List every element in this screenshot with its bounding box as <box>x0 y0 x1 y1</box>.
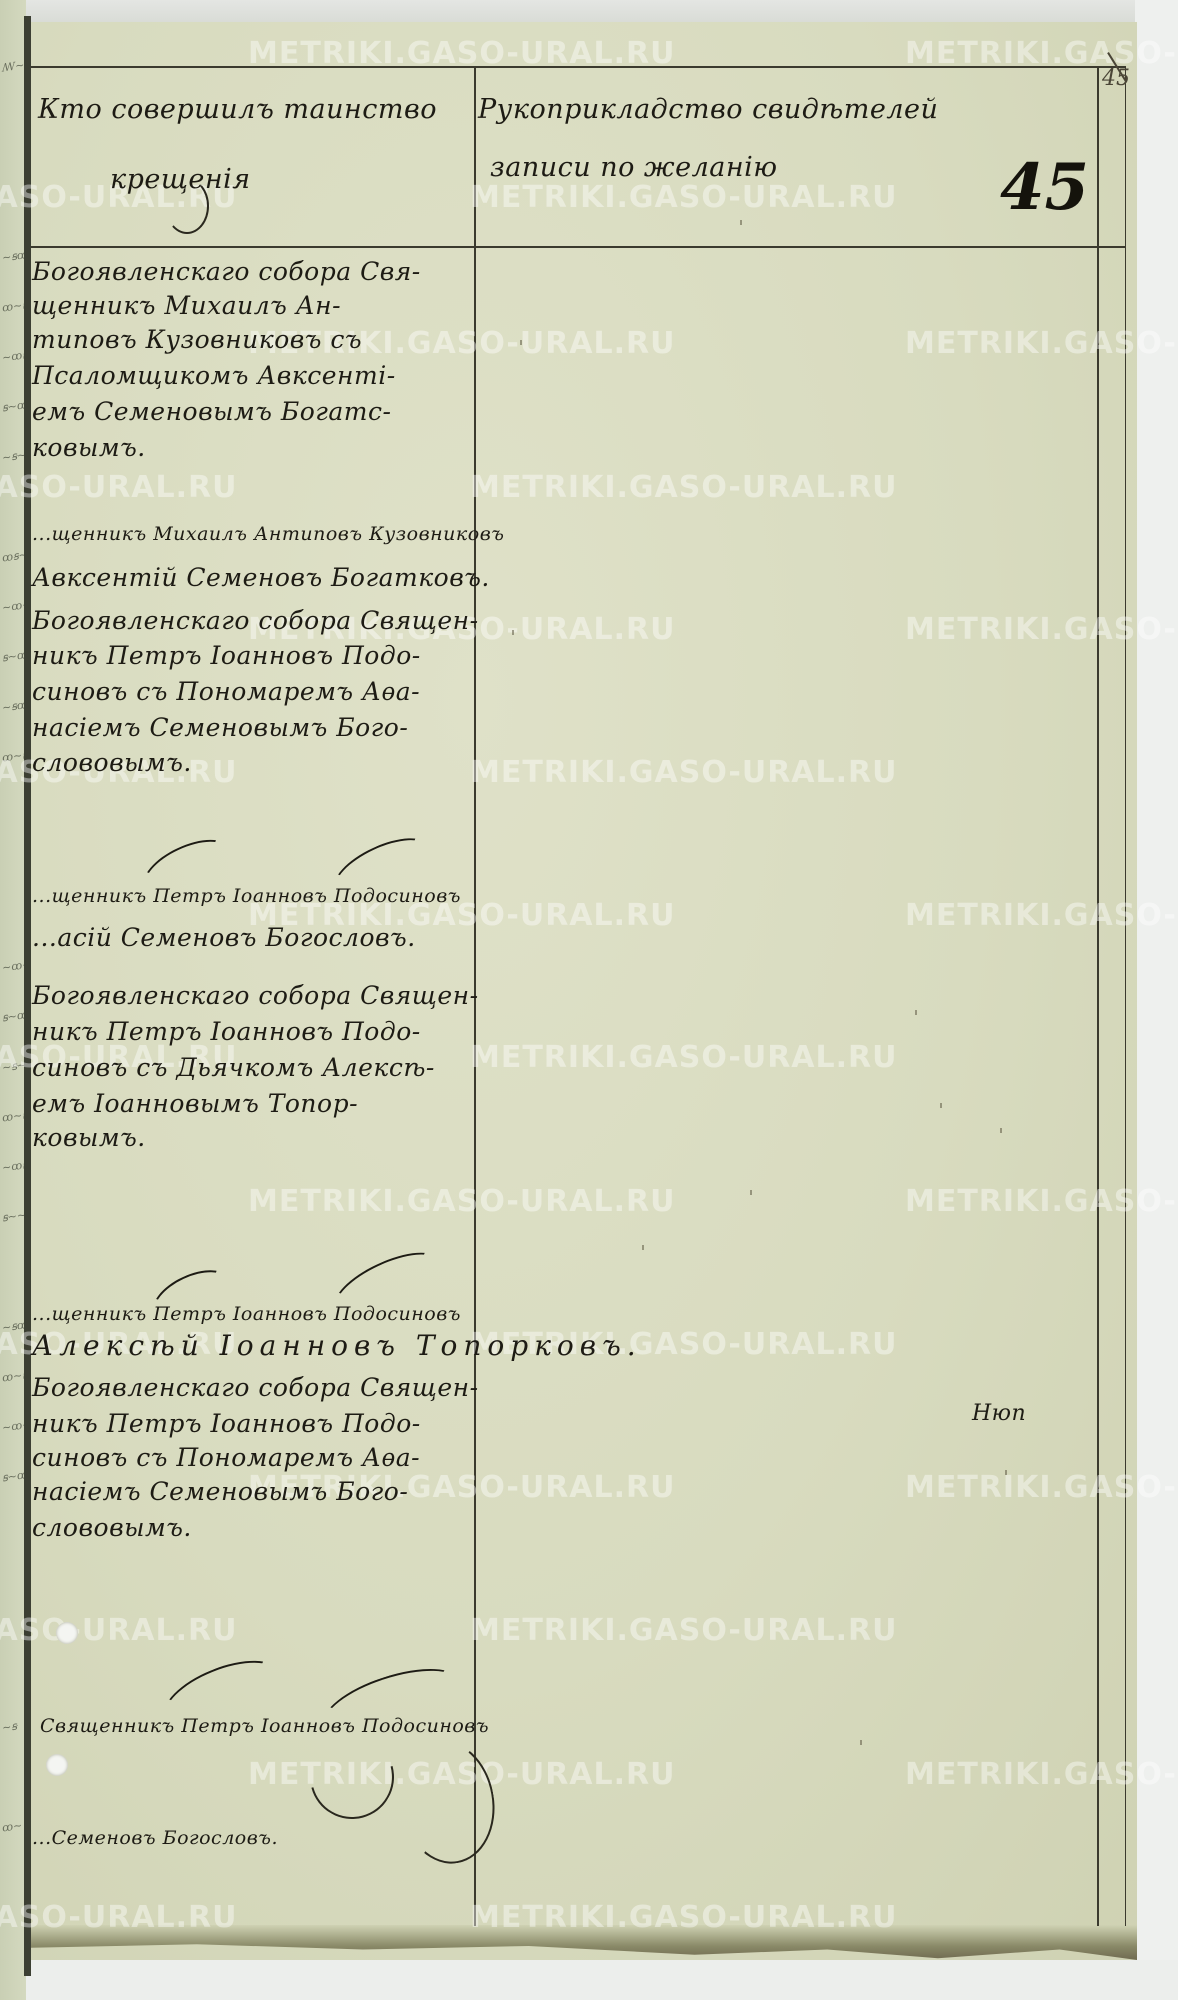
column-header-witness-signatures: Рукоприкладство свидѣтелей <box>478 92 938 128</box>
previous-page-handwriting: ~ꝏ~ <box>1 959 25 975</box>
entry-1-priest-signature: ...щенникъ Михаилъ Антиповъ Кузовниковъ <box>32 516 504 552</box>
table-top-rule <box>31 66 1125 68</box>
previous-page-handwriting: ~ꞩ <box>1 1719 25 1735</box>
paper-speck <box>740 220 742 225</box>
entry-4-line: никъ Петръ Іоанновъ Подо- <box>32 1406 421 1442</box>
paper-speck <box>512 630 514 635</box>
column-header-witness-signatures-line2: записи по желанію <box>490 150 778 186</box>
previous-page-handwriting: ꞩ~ꝏ <box>1 399 25 415</box>
previous-page-handwriting: ~ꝏ~ <box>1 599 25 615</box>
paper-speck <box>1000 1128 1002 1133</box>
previous-page-handwriting: ꝏ~ <box>1 1819 25 1835</box>
entry-2-line: никъ Петръ Іоанновъ Подо- <box>32 638 421 674</box>
previous-page-handwriting: ~ꝏꞩ <box>1 349 25 365</box>
previous-page-handwriting: ~ꞩ~ <box>1 1059 25 1075</box>
entry-2-line: слововымъ. <box>32 745 192 781</box>
column-divider-right <box>1097 66 1099 1926</box>
column-header-performed-by: Кто совершилъ таинство <box>38 92 437 128</box>
entry-2-priest-signature: ...щенникъ Петръ Іоанновъ Подосиновъ <box>32 878 461 914</box>
entry-1-line: щенникъ Михаилъ Ан- <box>32 288 341 324</box>
book-binding-gutter <box>24 16 31 1976</box>
entry-4-line: слововымъ. <box>32 1510 192 1546</box>
previous-page-handwriting: ꞩ~ꝏ <box>1 1469 25 1485</box>
page-margin-rule <box>1125 66 1126 1926</box>
entry-3-line: синовъ съ Дьячкомъ Алексѣ- <box>32 1050 435 1086</box>
entry-1-line: ковымъ. <box>32 430 146 466</box>
entry-3-line: Богоявленскаго собора Священ- <box>32 978 479 1014</box>
previous-page-handwriting: ꞩ~ꝏ <box>1 1009 25 1025</box>
previous-page-handwriting: ꞩ~ꝏ <box>1 649 25 665</box>
previous-page-handwriting: ꞩ~~ <box>1 1209 25 1225</box>
entry-2-line: Богоявленскаго собора Священ- <box>32 603 479 639</box>
paper-speck <box>520 340 522 345</box>
previous-page-handwriting: ~ꞩ~ <box>1 449 25 465</box>
entry-3-line: никъ Петръ Іоанновъ Подо- <box>32 1014 421 1050</box>
entry-1-line: типовъ Кузовниковъ съ <box>32 322 362 358</box>
entry-2-line: насіемъ Семеновымъ Бого- <box>32 710 408 746</box>
header-flourish <box>165 178 209 234</box>
entry-3-line: ковымъ. <box>32 1120 146 1156</box>
entry-4-priest-signature: Священникъ Петръ Іоанновъ Подосиновъ <box>40 1708 489 1744</box>
entry-3-priest-signature: ...щенникъ Петръ Іоанновъ Подосиновъ <box>32 1296 461 1332</box>
previous-page-handwriting: ꝏ~ꞩ <box>1 749 25 765</box>
entry-1-line: Псаломщикомъ Авксенті- <box>32 358 396 394</box>
entry-4-line: насіемъ Семеновымъ Бого- <box>32 1474 408 1510</box>
scan-background-bottom <box>0 1960 1178 2000</box>
entry-1-line: Богоявленскаго собора Свя- <box>32 254 421 290</box>
entry-2-psalmist-signature: ...асій Семеновъ Богословъ. <box>32 920 416 956</box>
entry-4-psalmist-signature: ...Семеновъ Богословъ. <box>32 1820 278 1856</box>
entry-4-line: синовъ съ Пономаремъ Аѳа- <box>32 1440 420 1476</box>
paper-speck <box>940 1103 942 1108</box>
previous-page-handwriting: ~ꞩꝏ <box>1 249 25 265</box>
previous-page-handwriting: ~ꞩꝏ <box>1 699 25 715</box>
witness-note: Нюп <box>972 1396 1026 1432</box>
paper-speck <box>1005 1470 1007 1475</box>
scan-background-right <box>1135 0 1178 2000</box>
paper-speck <box>642 1245 644 1250</box>
entry-2-line: синовъ съ Пономаремъ Аѳа- <box>32 674 420 710</box>
previous-page-handwriting: ꟿ~ⳁ <box>1 59 25 75</box>
punch-hole <box>46 1754 68 1776</box>
previous-page-handwriting: ~ꝏꞩ <box>1 1159 25 1175</box>
paper-speck <box>860 1740 862 1745</box>
paper-speck <box>915 1010 917 1015</box>
entry-4-line: Богоявленскаго собора Священ- <box>32 1370 479 1406</box>
punch-hole <box>56 1622 78 1644</box>
previous-page-handwriting: ꝏꞩ~ <box>1 549 25 565</box>
paper-speck <box>750 1190 752 1195</box>
previous-page-handwriting: ~ꞩꝏ <box>1 1319 25 1335</box>
entry-3-line: емъ Іоанновымъ Топор- <box>32 1086 358 1122</box>
previous-page-handwriting: ꝏ~ꞩ <box>1 1369 25 1385</box>
page-number: 45 <box>1000 150 1089 225</box>
previous-page-handwriting: ꝏ~ꞩ <box>1 299 25 315</box>
previous-page-handwriting: ~ꝏ~ <box>1 1419 25 1435</box>
header-bottom-rule <box>31 246 1125 248</box>
entry-3-psalmist-signature: Алексѣй Іоанновъ Топорковъ. <box>32 1328 642 1364</box>
previous-page-edge: ꟿ~ⳁ ~ꞩꝏ ꝏ~ꞩ ~ꝏꞩ ꞩ~ꝏ ~ꞩ~ ꝏꞩ~ ~ꝏ~ ꞩ~ꝏ ~ꞩꝏ … <box>0 0 26 2000</box>
previous-page-handwriting: ꝏ~ꞩ <box>1 1109 25 1125</box>
entry-1-psalmist-signature: Авксентій Семеновъ Богатковъ. <box>32 560 490 596</box>
entry-1-line: емъ Семеновымъ Богатс- <box>32 394 391 430</box>
